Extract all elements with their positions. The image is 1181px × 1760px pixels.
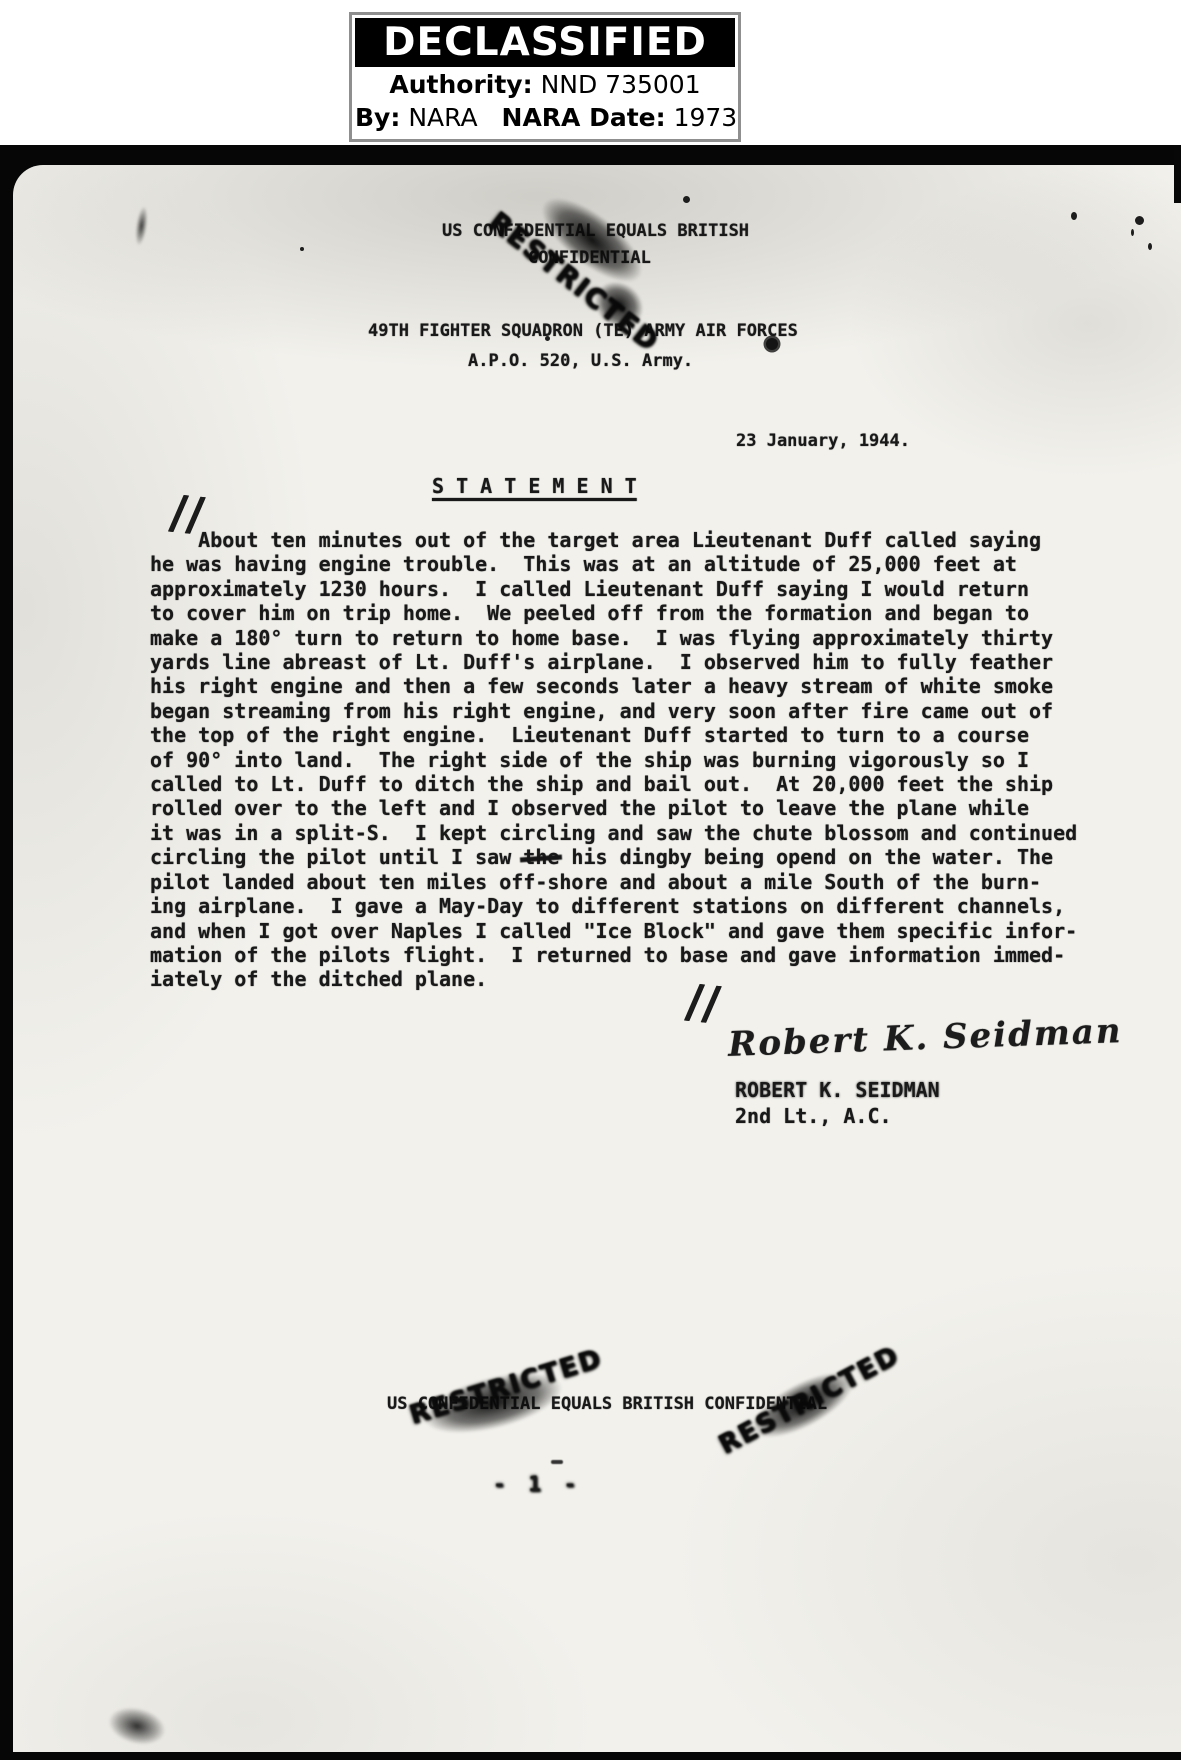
ink-speck [1131,229,1134,236]
ink-speck [545,336,550,341]
scan-edge-sliver [1174,145,1181,203]
typed-signature-rank: 2nd Lt., A.C. [735,1104,892,1128]
declassified-title: DECLASSIFIED [355,18,735,67]
statement-heading: S T A T E M E N T [432,474,637,498]
by-value: NARA [408,103,477,132]
by-date-line: By: NARA NARA Date: 1973 [355,102,735,133]
authority-line: Authority: NND 735001 [355,69,735,100]
declassification-stamp-box: DECLASSIFIED Authority: NND 735001 By: N… [349,12,741,142]
document-date: 23 January, 1944. [736,431,910,451]
handwritten-slash-mark-end: // [683,973,722,1030]
ink-speck [1135,216,1144,225]
nara-date-label: NARA Date: [502,103,666,132]
circular-ink-mark [766,338,778,350]
ink-speck [551,1460,563,1464]
nara-date-value: 1973 [674,103,738,132]
authority-value: NND 735001 [541,70,701,99]
ink-speck [1071,212,1077,220]
unit-name-line: 49TH FIGHTER SQUADRON (TE) ARMY AIR FORC… [368,321,798,341]
scanned-document-page: DECLASSIFIED Authority: NND 735001 By: N… [0,0,1181,1760]
typed-signature-name: ROBERT K. SEIDMAN [735,1078,940,1102]
handwritten-slash-mark-start: // [167,484,206,541]
authority-label: Authority: [389,70,532,99]
unit-address-line: A.P.O. 520, U.S. Army. [468,351,693,371]
ink-speck [300,247,304,251]
ink-speck [683,196,690,203]
page-number: - 1 - [493,1472,581,1496]
ink-speck [1148,243,1152,250]
statement-body: About ten minutes out of the target area… [150,528,1077,992]
by-label: By: [355,103,400,132]
